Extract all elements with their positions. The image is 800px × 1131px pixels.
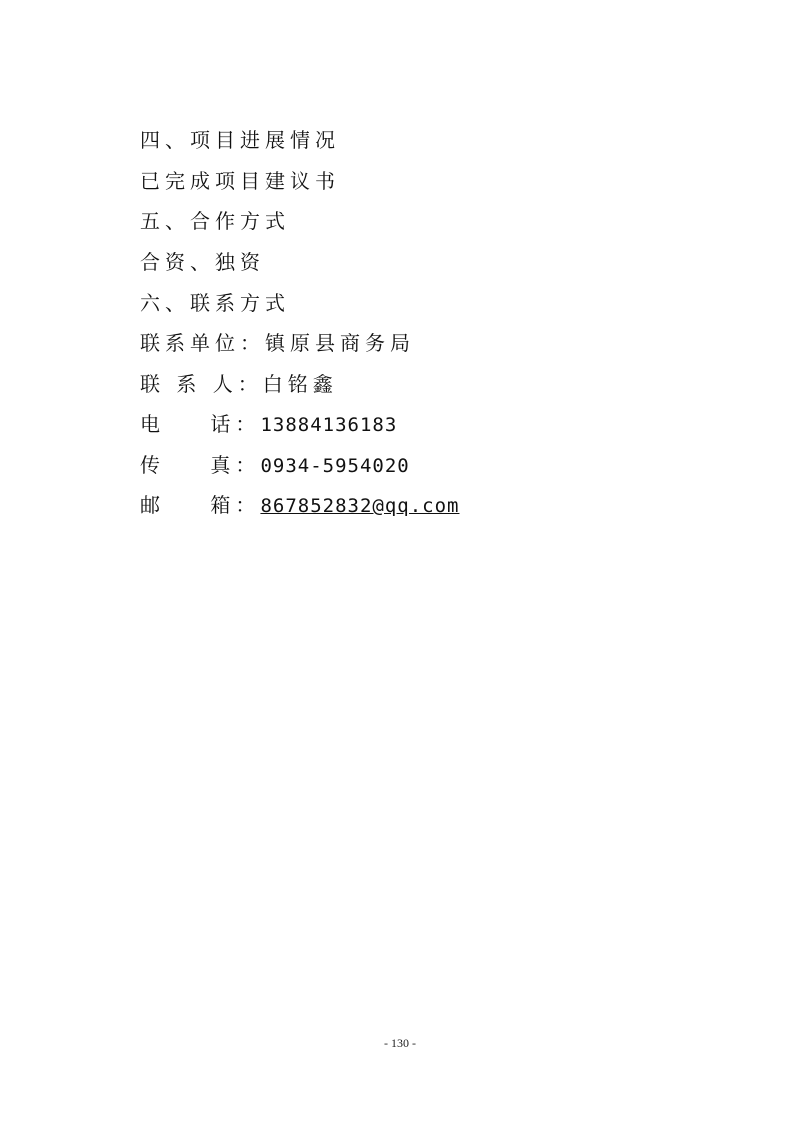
- cooperation-text: 合资、独资: [140, 250, 265, 274]
- contact-unit-label: 联系单位：: [140, 331, 265, 355]
- contact-fax-row: 传 真：0934-5954020: [140, 453, 410, 478]
- contact-fax-label: 传 真：: [140, 453, 260, 477]
- contact-fax-value: 0934-5954020: [260, 455, 409, 477]
- section-heading-cooperation: 五、合作方式: [140, 209, 290, 233]
- contact-person-value: 白铭鑫: [263, 372, 338, 396]
- section-heading-contact: 六、联系方式: [140, 291, 290, 315]
- contact-phone-value: 13884136183: [260, 414, 397, 436]
- progress-text: 已完成项目建议书: [140, 169, 340, 193]
- contact-unit-row: 联系单位：镇原县商务局: [140, 331, 415, 355]
- page-number: - 130 -: [0, 1036, 800, 1051]
- contact-email-label: 邮 箱：: [140, 493, 260, 517]
- contact-email-link[interactable]: 867852832@qq.com: [260, 495, 459, 517]
- contact-phone-row: 电 话：13884136183: [140, 412, 397, 437]
- contact-unit-value: 镇原县商务局: [265, 331, 415, 355]
- contact-person-label: 联 系 人：: [140, 372, 263, 396]
- section-heading-progress: 四、项目进展情况: [140, 128, 340, 152]
- contact-email-row: 邮 箱：867852832@qq.com: [140, 493, 459, 518]
- contact-person-row: 联 系 人：白铭鑫: [140, 372, 338, 396]
- contact-phone-label: 电 话：: [140, 412, 260, 436]
